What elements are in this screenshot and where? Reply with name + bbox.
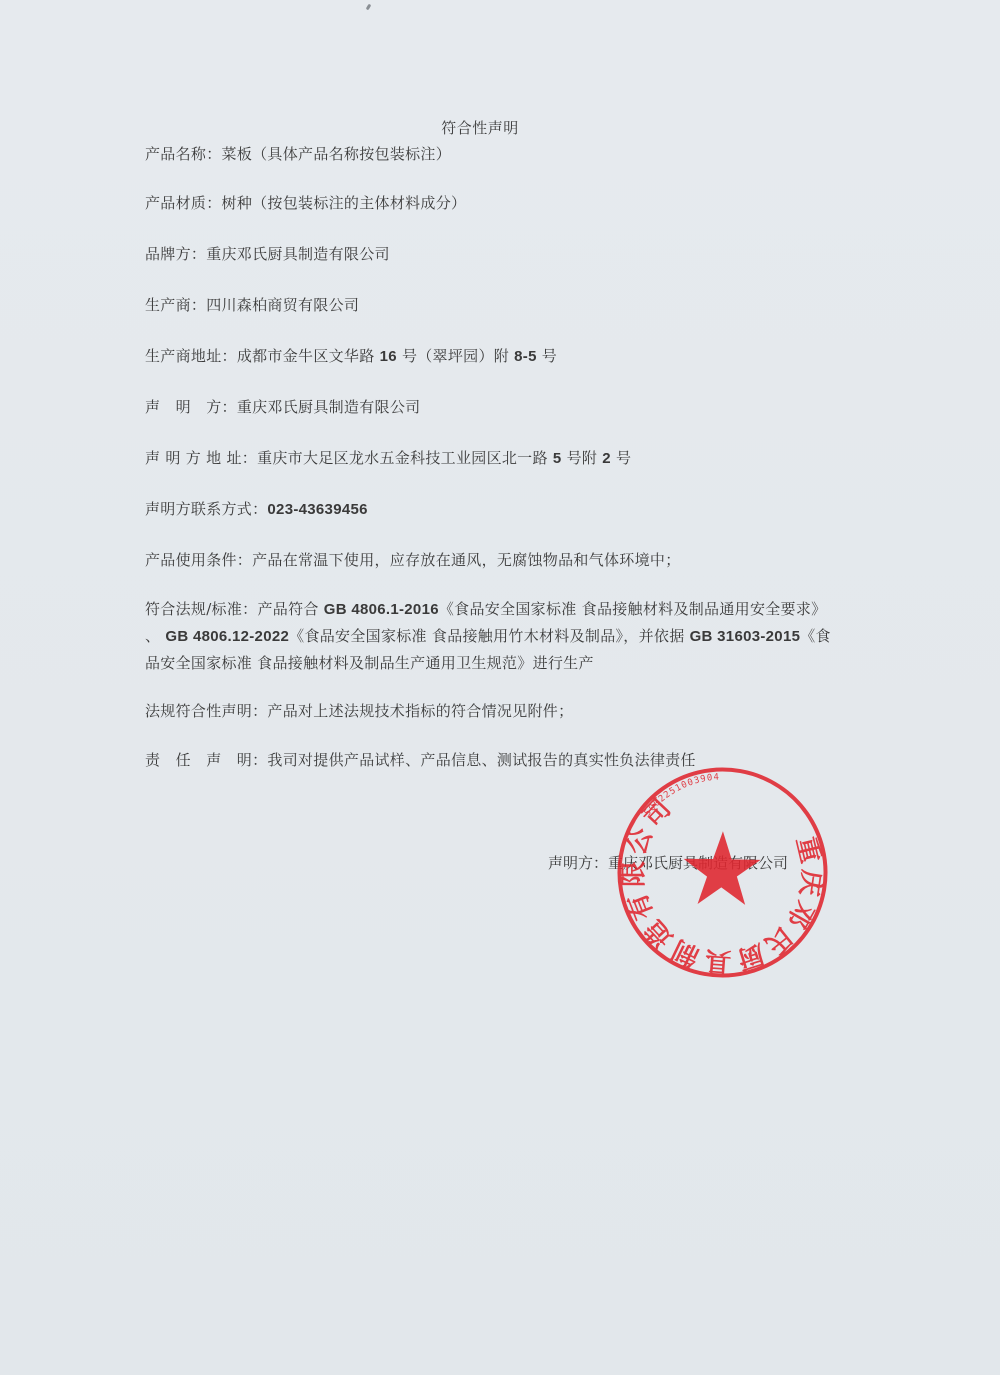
field-label: 符合法规/标准： [145,600,257,618]
field-label: 声 明 方 地 址： [145,449,257,467]
field-label: 声明方联系方式： [145,500,267,518]
address-text: 号 [537,347,557,365]
address-text: 号（翠坪园）附 [397,347,514,365]
field-label: 产品材质： [145,194,222,212]
field-label: 生产商： [145,296,206,314]
field-label: 品牌方： [145,245,206,263]
field-manufacturer: 生产商：四川森柏商贸有限公司 [145,294,359,315]
field-label: 产品使用条件： [145,551,252,569]
address-number: 8-5 [514,348,537,365]
standard-code: GB 4806.12-2022 [165,628,289,645]
field-label: 责 任 声 明： [145,751,267,769]
standard-code: GB 31603-2015 [690,628,801,645]
field-declarant-address: 声 明 方 地 址：重庆市大足区龙水五金科技工业园区北一路 5 号附 2 号 [145,447,631,468]
field-value: 重庆邓氏厨具制造有限公司 [206,245,390,263]
compliance-text: 产品符合 [257,600,323,618]
address-number: 16 [380,348,397,365]
field-declarant: 声 明 方：重庆邓氏厨具制造有限公司 [145,396,420,417]
field-brand: 品牌方：重庆邓氏厨具制造有限公司 [145,243,390,264]
field-label: 声 明 方： [145,398,237,416]
field-contact: 声明方联系方式：023-43639456 [145,498,368,519]
field-value: 树种（按包装标注的主体材料成分） [222,194,467,212]
compliance-text: 《食品安全国家标准 食品接触用竹木材料及制品》，并依据 [289,627,689,645]
field-value: 产品对上述法规技术指标的符合情况见附件； [267,702,573,720]
field-usage-conditions: 产品使用条件：产品在常温下使用，应存放在通风，无腐蚀物品和气体环境中； [145,549,681,570]
regulation-statement: 法规符合性声明：产品对上述法规技术指标的符合情况见附件； [145,700,573,721]
document-page: 符合性声明 产品名称：菜板（具体产品名称按包装标注） 产品材质：树种（按包装标注… [0,0,1000,1375]
field-value: 菜板（具体产品名称按包装标注） [222,145,452,163]
address-text: 成都市金牛区文华路 [237,347,380,365]
paper-speck [366,4,372,11]
field-manufacturer-address: 生产商地址：成都市金牛区文华路 16 号（翠坪园）附 8-5 号 [145,345,557,366]
field-label: 产品名称： [145,145,222,163]
field-value: 四川森柏商贸有限公司 [206,296,359,314]
field-product-name: 产品名称：菜板（具体产品名称按包装标注） [145,143,451,164]
address-number: 5 [553,450,562,467]
address-text: 号附 [562,449,603,467]
field-value: 重庆邓氏厨具制造有限公司 [237,398,421,416]
field-label: 生产商地址： [145,347,237,365]
signature-label: 声明方： [548,854,608,872]
compliance-standards: 符合法规/标准：产品符合 GB 4806.1-2016《食品安全国家标准 食品接… [145,596,835,676]
address-text: 号 [611,449,631,467]
address-number: 2 [602,450,611,467]
phone-number: 023-43639456 [267,501,367,518]
responsibility-statement: 责 任 声 明：我司对提供产品试样、产品信息、测试报告的真实性负法律责任 [145,749,696,770]
field-value: 产品在常温下使用，应存放在通风，无腐蚀物品和气体环境中； [252,551,680,569]
field-material: 产品材质：树种（按包装标注的主体材料成分） [145,192,466,213]
company-seal-icon: 重庆邓氏厨具制造有限公司 5002251003904 [615,765,830,980]
address-text: 重庆市大足区龙水五金科技工业园区北一路 [257,449,553,467]
field-label: 法规符合性声明： [145,702,267,720]
standard-code: GB 4806.1-2016 [324,601,439,618]
document-title: 符合性声明 [0,117,960,138]
